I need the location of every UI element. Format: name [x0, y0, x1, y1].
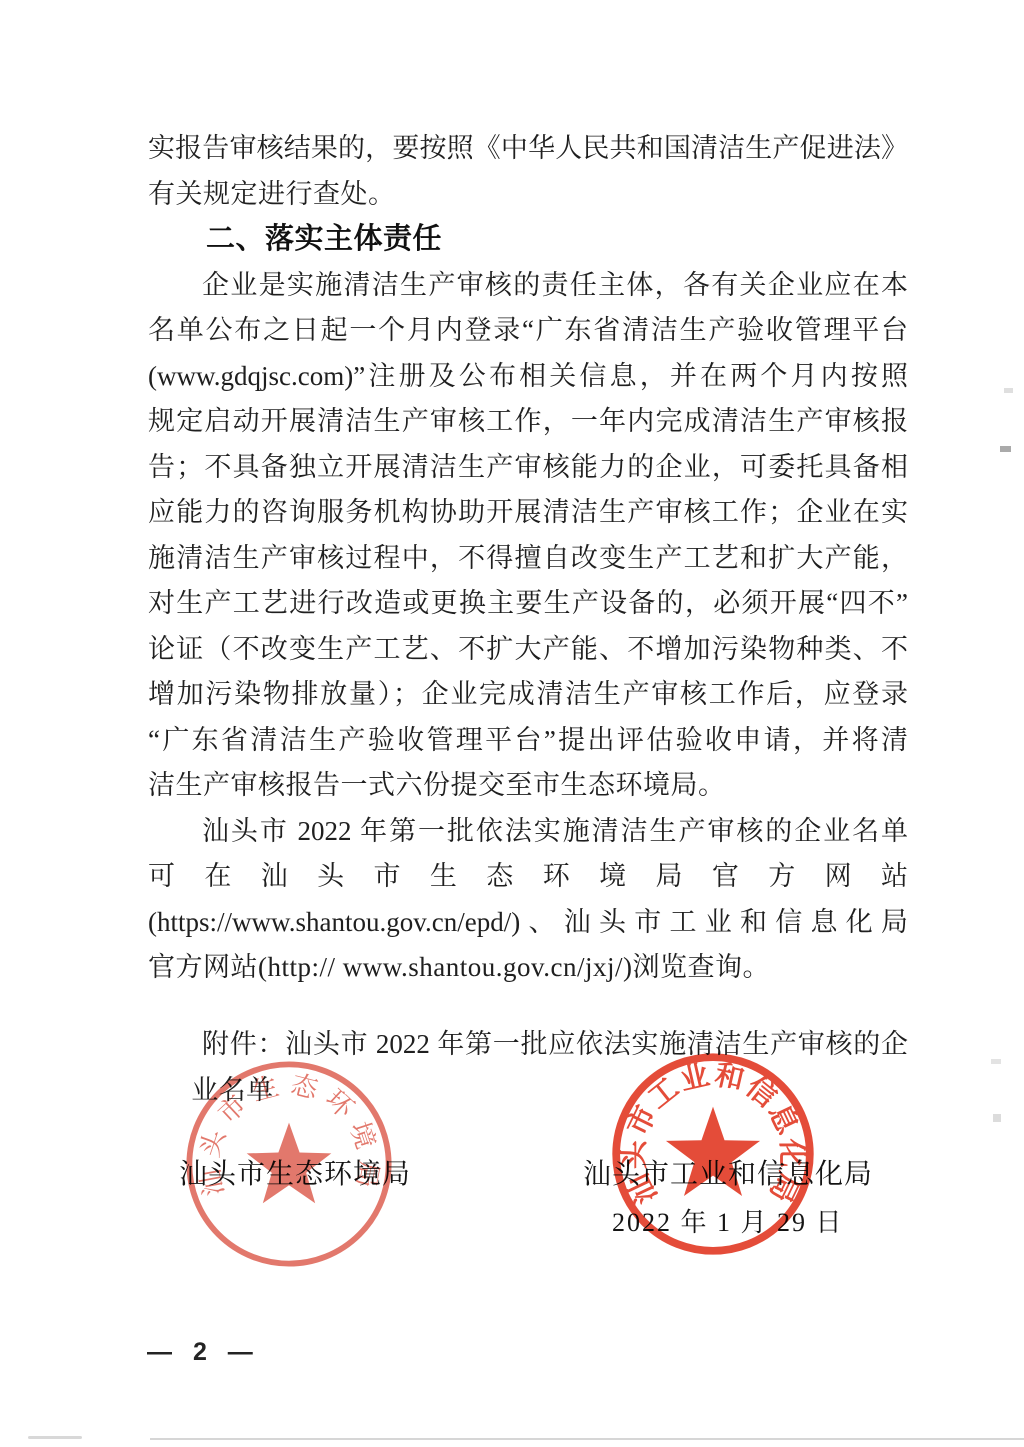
- text-line: 施清洁生产审核过程中，不得擅自改变生产工艺和扩大产能，: [148, 536, 908, 582]
- scan-artifact: [993, 1114, 1001, 1122]
- text-line: 官方网站(http:// www.shantou.gov.cn/jxj/)浏览查…: [148, 945, 908, 991]
- body-text: 实报告审核结果的，要按照《中华人民共和国清洁生产促进法》 有关规定进行查处。 二…: [148, 126, 908, 991]
- text-line: 论证（不改变生产工艺、不扩大产能、不增加污染物种类、不: [148, 627, 908, 673]
- text-line: “广东省清洁生产验收管理平台”提出评估验收申请，并将清: [148, 718, 908, 764]
- scan-artifact: [1004, 388, 1013, 393]
- text-line: 有关规定进行查处。: [148, 172, 908, 218]
- scan-edge-line: [150, 1438, 1024, 1440]
- text-line: 名单公布之日起一个月内登录“广东省清洁生产验收管理平台: [148, 308, 908, 354]
- text-line: 汕头市 2022 年第一批依法实施清洁生产审核的企业名单: [148, 809, 908, 855]
- text-line: 应能力的咨询服务机构协助开展清洁生产审核工作；企业在实: [148, 490, 908, 536]
- text-line: 对生产工艺进行改造或更换主要生产设备的，必须开展“四不”: [148, 581, 908, 627]
- scan-artifact: [1000, 446, 1011, 452]
- document-page: 实报告审核结果的，要按照《中华人民共和国清洁生产促进法》 有关规定进行查处。 二…: [0, 0, 1024, 1447]
- text-line: (https://www.shantou.gov.cn/epd/)、汕头市工业和…: [148, 900, 908, 946]
- stamp-star-icon: [247, 1123, 332, 1204]
- text-line: 企业是实施清洁生产审核的责任主体，各有关企业应在本: [148, 263, 908, 309]
- text-line: 洁生产审核报告一式六份提交至市生态环境局。: [148, 763, 908, 809]
- text-line: 规定启动开展清洁生产审核工作，一年内完成清洁生产审核报: [148, 399, 908, 445]
- scan-edge-mark: [28, 1436, 82, 1439]
- section-heading: 二、落实主体责任: [148, 217, 908, 263]
- text-line: (www.gdqjsc.com)”注册及公布相关信息，并在两个月内按照: [148, 354, 908, 400]
- scan-artifact: [991, 1059, 1001, 1064]
- stamp-star-icon: [666, 1107, 760, 1196]
- page-number: — 2 —: [147, 1338, 255, 1367]
- official-seal-industry-bureau: 汕头市工业和信息化局: [610, 1051, 816, 1257]
- text-line: 可在汕头市生态环境局官方网站: [148, 854, 908, 900]
- text-line: 告；不具备独立开展清洁生产审核能力的企业，可委托具备相: [148, 445, 908, 491]
- text-line: 实报告审核结果的，要按照《中华人民共和国清洁生产促进法》: [148, 126, 908, 172]
- text-line: 增加污染物排放量）；企业完成清洁生产审核工作后，应登录: [148, 672, 908, 718]
- official-seal-ecology-bureau: 汕头市生态环境局: [183, 1058, 395, 1270]
